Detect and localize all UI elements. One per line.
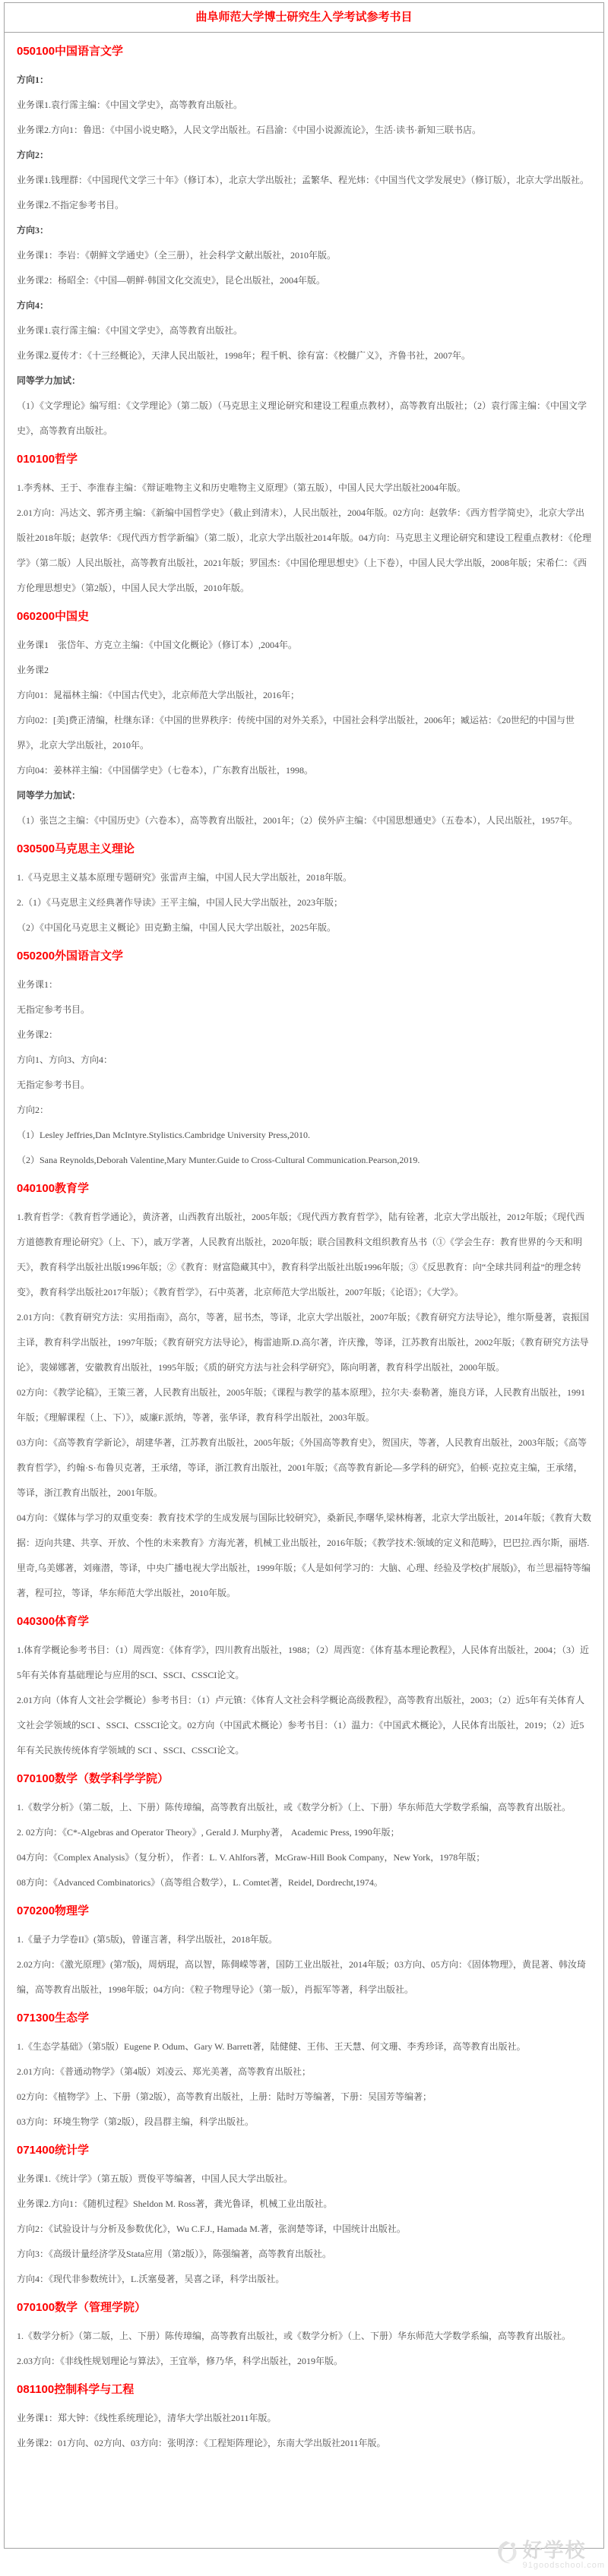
reference-line: 业务课1.《统计学》（第五版）贾俊平等编著，中国人民大学出版社。 [17, 2167, 591, 2192]
reference-line: 1.《数学分析》（第二版，上、下册）陈传璋编，高等教育出版社，或《数学分析》（上… [17, 1795, 591, 1820]
reference-line: （2）Sana Reynolds,Deborah Valentine,Mary … [17, 1148, 591, 1173]
section-heading: 071400统计学 [17, 2135, 591, 2167]
watermark: 好学校 91goodschool.com [494, 2539, 605, 2571]
reference-line: 2.01方向：《普通动物学》（第4版）刘凌云、郑光美著，高等教育出版社； [17, 2059, 591, 2085]
reference-line: 1.体育学概论参考书目：（1）周西宽：《体育学》，四川教育出版社，1988；（2… [17, 1638, 591, 1688]
reference-line: 方向2： [17, 1098, 591, 1123]
reference-line: 2.01方向：《教育研究方法：实用指南》，高尔，等著，屈书杰，等译，北京大学出版… [17, 1305, 591, 1380]
reference-line: 1.《量子力学卷II》(第5版)，曾谨言著，科学出版社，2018年版。 [17, 1927, 591, 1952]
section-heading: 060200中国史 [17, 601, 591, 633]
section-heading: 070100数学（管理学院） [17, 2292, 591, 2324]
reference-line: 业务课2 [17, 658, 591, 683]
reference-line: 03方向：《高等教育学新论》，胡建华著，江苏教育出版社，2005年版；《外国高等… [17, 1430, 591, 1506]
reference-line: 2.（1）《马克思主义经典著作导读》王平主编，中国人民大学出版社，2023年版； [17, 890, 591, 915]
reference-line: 业务课2：杨昭全：《中国—朝鲜·韩国文化交流史》，昆仑出版社，2004年版。 [17, 268, 591, 293]
reference-line: 方向02：[美]费正清编，杜继东译：《中国的世界秩序：传统中国的对外关系》，中国… [17, 708, 591, 758]
reference-line: 业务课1：郑大钟：《线性系统理论》，清华大学出版社2011年版。 [17, 2406, 591, 2431]
watermark-text: 好学校 91goodschool.com [523, 2540, 605, 2570]
reference-line: （1）Lesley Jeffries,Dan McIntyre.Stylisti… [17, 1123, 591, 1148]
watermark-domain: 91goodschool.com [523, 2561, 605, 2570]
reference-line: 04方向：《Complex Analysis》（复分析）， 作者：L. V. A… [17, 1845, 591, 1870]
reference-line: 方向01：晁福林主编：《中国古代史》，北京师范大学出版社，2016年； [17, 683, 591, 708]
reference-line: 方向4：《现代非参数统计》，L.沃塞曼著，吴喜之译，科学出版社。 [17, 2267, 591, 2292]
reference-line: 无指定参考书目。 [17, 997, 591, 1022]
school-logo-icon [494, 2539, 520, 2571]
reference-line: 无指定参考书目。 [17, 1073, 591, 1098]
section-heading: 081100控制科学与工程 [17, 2374, 591, 2406]
reference-line: 业务课1 张岱年、方克立主编：《中国文化概论》（修订本）,2004年。 [17, 633, 591, 658]
reference-line: 业务课1.袁行霈主编：《中国文学史》，高等教育出版社。 [17, 318, 591, 343]
reference-line: （2）《中国化马克思主义概论》田克勤主编，中国人民大学出版社，2025年版。 [17, 915, 591, 940]
reference-line: 2.03方向：《非线性规划理论与算法》，王宜举，修乃华，科学出版社，2019年版… [17, 2349, 591, 2374]
section-heading: 070100数学（数学科学学院） [17, 1763, 591, 1795]
reference-line: 方向2：《试验设计与分析及参数优化》，Wu C.F.J., Hamada M.著… [17, 2217, 591, 2242]
reference-line: 方向3： [17, 218, 591, 243]
section-heading: 040100教育学 [17, 1173, 591, 1205]
section-heading: 050200外国语言文学 [17, 940, 591, 972]
reference-line: 1.教育哲学：《教育哲学通论》，黄济著，山西教育出版社，2005年版；《现代西方… [17, 1205, 591, 1305]
reference-line: 2. 02方向：《C*-Algebras and Operator Theory… [17, 1820, 591, 1845]
document-page: 曲阜师范大学博士研究生入学考试参考书目 050100中国语言文学方向1：业务课1… [0, 2, 608, 2576]
reference-line: 同等学力加试： [17, 368, 591, 394]
section-heading: 071300生态学 [17, 2002, 591, 2034]
section-heading: 030500马克思主义理论 [17, 833, 591, 865]
reference-line: 方向3：《高级计量经济学及Stata应用（第2版）》，陈强编著，高等教育出版社。 [17, 2242, 591, 2267]
reference-line: 业务课2.方向1：鲁迅：《中国小说史略》，人民文学出版社。石昌渝：《中国小说源流… [17, 118, 591, 143]
section-heading: 040300体育学 [17, 1606, 591, 1638]
reference-line: 02方向：《植物学》上、下册（第2版），高等教育出版社，上册：陆时万等编著，下册… [17, 2085, 591, 2110]
section-heading: 050100中国语言文学 [17, 36, 591, 68]
section-heading: 010100哲学 [17, 444, 591, 476]
reference-line: 1.《数学分析》（第二版，上、下册）陈传璋编，高等教育出版社，或《数学分析》（上… [17, 2324, 591, 2349]
reference-line: 方向1、方向3、方向4： [17, 1048, 591, 1073]
reference-line: 2.01方向：冯达文、郭齐勇主编：《新编中国哲学史》（截止到清末），人民出版社，… [17, 501, 591, 601]
reference-line: 2.01方向（体育人文社会学概论）参考书目：（1）卢元镇：《体育人文社会科学概论… [17, 1688, 591, 1763]
reference-line: 业务课1.袁行霈主编：《中国文学史》，高等教育出版社。 [17, 93, 591, 118]
reference-line: 业务课2.夏传才：《十三经概论》，天津人民出版社，1998年；程千帆、徐有富：《… [17, 343, 591, 368]
reference-line: 业务课2.方向1：《随机过程》Sheldon M. Ross著，龚光鲁译，机械工… [17, 2192, 591, 2217]
sections: 050100中国语言文学方向1：业务课1.袁行霈主编：《中国文学史》，高等教育出… [5, 33, 603, 2468]
reference-line: 业务课1： [17, 972, 591, 997]
reference-line: 同等学力加试： [17, 783, 591, 808]
reference-line: 业务课2：01方向、02方向、03方向：张明淳：《工程矩阵理论》，东南大学出版社… [17, 2431, 591, 2456]
reference-table: 曲阜师范大学博士研究生入学考试参考书目 050100中国语言文学方向1：业务课1… [4, 2, 604, 2549]
reference-line: 1.李秀林、王于、李淮春主编：《辩证唯物主义和历史唯物主义原理》（第五版），中国… [17, 476, 591, 501]
reference-line: 方向2： [17, 143, 591, 168]
reference-line: 08方向：《Advanced Combinatorics》（高等组合数学），L.… [17, 1870, 591, 1895]
reference-line: 业务课1：李岩：《朝鲜文学通史》（全三册），社会科学文献出版社，2010年版。 [17, 243, 591, 268]
page-title: 曲阜师范大学博士研究生入学考试参考书目 [5, 3, 603, 33]
reference-line: 业务课2： [17, 1022, 591, 1048]
reference-line: 02方向：《教学论稿》，王策三著，人民教育出版社，2005年版；《课程与教学的基… [17, 1380, 591, 1430]
reference-line: 业务课2.不指定参考书目。 [17, 193, 591, 218]
reference-line: （1）《文学理论》编写组：《文学理论》（第二版）（马克思主义理论研究和建设工程重… [17, 394, 591, 444]
reference-line: 1.《生态学基础》（第5版）Eugene P. Odum、Gary W. Bar… [17, 2034, 591, 2059]
reference-line: （1）张岂之主编：《中国历史》（六卷本），高等教育出版社，2001年；（2）侯外… [17, 808, 591, 833]
reference-line: 2.02方向：《激光原理》(第7版)，周炳琨，高以智，陈倜嵘等著，国防工业出版社… [17, 1952, 591, 2002]
section-heading: 070200物理学 [17, 1895, 591, 1927]
reference-line: 04方向：《媒体与学习的双重变奏：教育技术学的生成发展与国际比较研究》，桑新民,… [17, 1506, 591, 1606]
reference-line: 1.《马克思主义基本原理专题研究》张雷声主编，中国人民大学出版社，2018年版。 [17, 865, 591, 890]
watermark-name: 好学校 [523, 2539, 587, 2562]
reference-line: 方向4： [17, 293, 591, 318]
reference-line: 03方向：环境生物学（第2版），段昌群主编，科学出版社。 [17, 2110, 591, 2135]
reference-line: 业务课1.钱理群：《中国现代文学三十年》（修订本），北京大学出版社；孟繁华、程光… [17, 168, 591, 193]
reference-line: 方向04：姜林祥主编：《中国儒学史》（七卷本），广东教育出版社，1998。 [17, 758, 591, 783]
reference-line: 方向1： [17, 68, 591, 93]
